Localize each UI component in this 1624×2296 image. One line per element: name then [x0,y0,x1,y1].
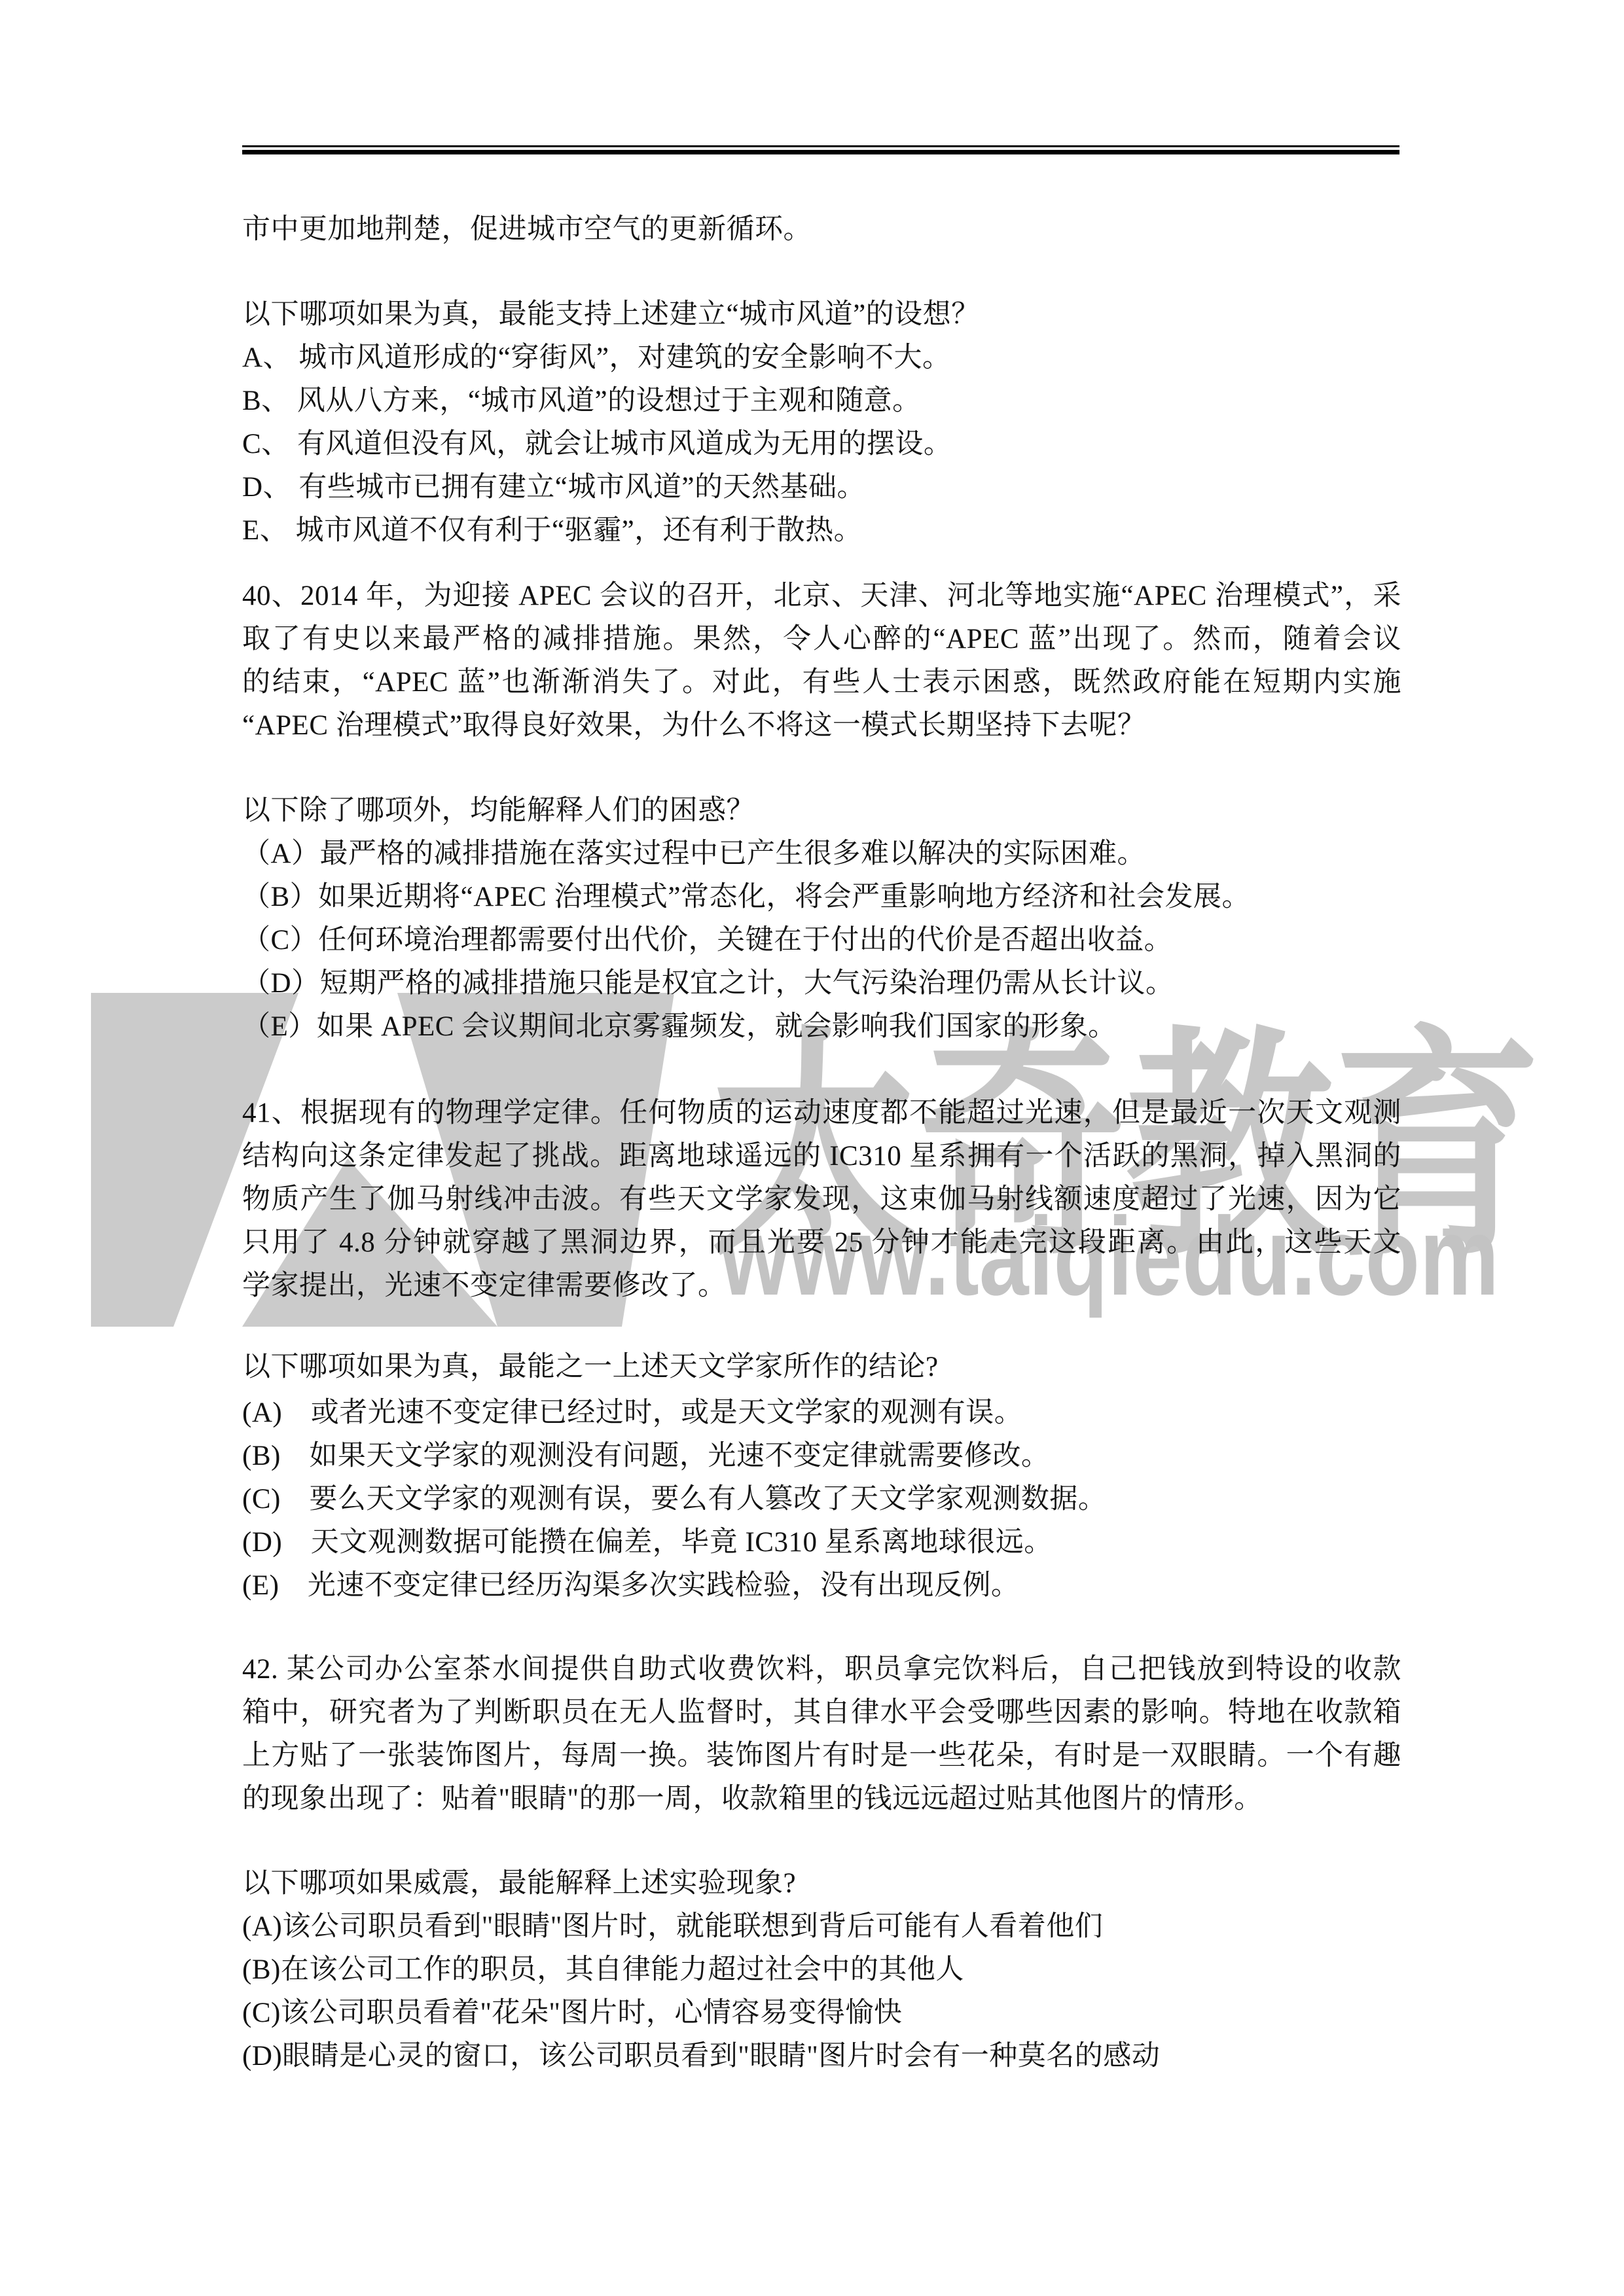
question-42-option-a: (A)该公司职员看到"眼睛"图片时，就能联想到背后可能有人看着他们 [242,1905,1404,1948]
continuation-paragraph: 市中更加地荆楚，促进城市空气的更新循环。 [242,208,1404,251]
question-40-stem-line: 取了有史以来最严格的减排措施。果然，令人心醉的“APEC 蓝”出现了。然而，随着… [242,618,1401,661]
question-40-option-b: （B）如果近期将“APEC 治理模式”常态化，将会严重影响地方经济和社会发展。 [242,876,1404,919]
question-40-stem-line: “APEC 治理模式”取得良好效果，为什么不将这一模式长期坚持下去呢？ [242,704,1404,747]
question-41-stem-line: 结构向这条定律发起了挑战。距离地球遥远的 IC310 星系拥有一个活跃的黑洞，掉… [242,1135,1401,1178]
question-41-stem-line: 只用了 4.8 分钟就穿越了黑洞边界，而且光要 25 分钟才能走完这段距离。由此… [242,1221,1401,1265]
question-42-stem-line: 的现象出现了：贴着"眼睛"的那一周，收款箱里的钱远远超过贴其他图片的情形。 [242,1778,1404,1821]
question-42-option-d: (D)眼睛是心灵的窗口，该公司职员看到"眼睛"图片时会有一种莫名的感动 [242,2035,1404,2078]
question-41-option-c: (C) 要么天文学家的观测有误，要么有人篡改了天文学家观测数据。 [242,1478,1404,1521]
question-41-stem-line: 学家提出，光速不变定律需要修改了。 [242,1265,1404,1308]
question-wind-option-c: C、 有风道但没有风，就会让城市风道成为无用的摆设。 [242,423,1404,466]
question-41-prompt: 以下哪项如果为真，最能之一上述天文学家所作的结论? [242,1346,1404,1389]
question-40-option-d: （D）短期严格的减排措施只能是权宜之计，大气污染治理仍需从长计议。 [242,962,1404,1005]
question-41-option-e: (E) 光速不变定律已经历沟渠多次实践检验，没有出现反例。 [242,1564,1404,1607]
question-40-stem-line: 40、2014 年，为迎接 APEC 会议的召开，北京、天津、河北等地实施“AP… [242,575,1401,618]
question-42-option-c: (C)该公司职员看着"花朵"图片时，心情容易变得愉快 [242,1992,1404,2035]
question-41-option-a: (A) 或者光速不变定律已经过时，或是天文学家的观测有误。 [242,1391,1404,1435]
document-page: 太奇教育 www.taiqiedu.com 市中更加地荆楚，促进城市空气的更新循… [0,0,1624,2296]
question-wind-option-a: A、 城市风道形成的“穿街风”，对建筑的安全影响不大。 [242,336,1404,380]
question-wind-option-d: D、 有些城市已拥有建立“城市风道”的天然基础。 [242,466,1404,509]
header-rule [242,145,1399,154]
question-41-option-b: (B) 如果天文学家的观测没有问题，光速不变定律就需要修改。 [242,1435,1404,1478]
question-40-option-e: （E）如果 APEC 会议期间北京雾霾频发，就会影响我们国家的形象。 [242,1005,1404,1049]
question-41-stem-line: 物质产生了伽马射线冲击波。有些天文学家发现，这束伽马射线额速度超过了光速，因为它 [242,1178,1401,1221]
question-42-stem-line: 上方贴了一张装饰图片，每周一换。装饰图片有时是一些花朵，有时是一双眼睛。一个有趣 [242,1734,1401,1778]
question-42-stem-line: 42. 某公司办公室茶水间提供自助式收费饮料，职员拿完饮料后，自己把钱放到特设的… [242,1648,1401,1691]
question-41-stem-line: 41、根据现有的物理学定律。任何物质的运动速度都不能超过光速，但是最近一次天文观… [242,1092,1401,1135]
question-wind-option-b: B、 风从八方来，“城市风道”的设想过于主观和随意。 [242,380,1404,423]
question-wind-prompt: 以下哪项如果为真，最能支持上述建立“城市风道”的设想？ [242,293,1404,336]
question-40-option-c: （C）任何环境治理都需要付出代价，关键在于付出的代价是否超出收益。 [242,919,1404,962]
question-40-stem-line: 的结束，“APEC 蓝”也渐渐消失了。对此，有些人士表示困惑，既然政府能在短期内… [242,661,1401,704]
question-42-option-b: (B)在该公司工作的职员，其自律能力超过社会中的其他人 [242,1948,1404,1992]
question-42-prompt: 以下哪项如果威震，最能解释上述实验现象? [242,1862,1404,1905]
question-42-stem-line: 箱中，研究者为了判断职员在无人监督时，其自律水平会受哪些因素的影响。特地在收款箱 [242,1691,1401,1734]
question-40-prompt: 以下除了哪项外，均能解释人们的困惑？ [242,789,1404,833]
question-41-option-d: (D) 天文观测数据可能攒在偏差，毕竟 IC310 星系离地球很远。 [242,1521,1404,1564]
question-40-option-a: （A）最严格的减排措施在落实过程中已产生很多难以解决的实际困难。 [242,833,1404,876]
question-wind-option-e: E、 城市风道不仅有利于“驱霾”，还有利于散热。 [242,509,1404,552]
